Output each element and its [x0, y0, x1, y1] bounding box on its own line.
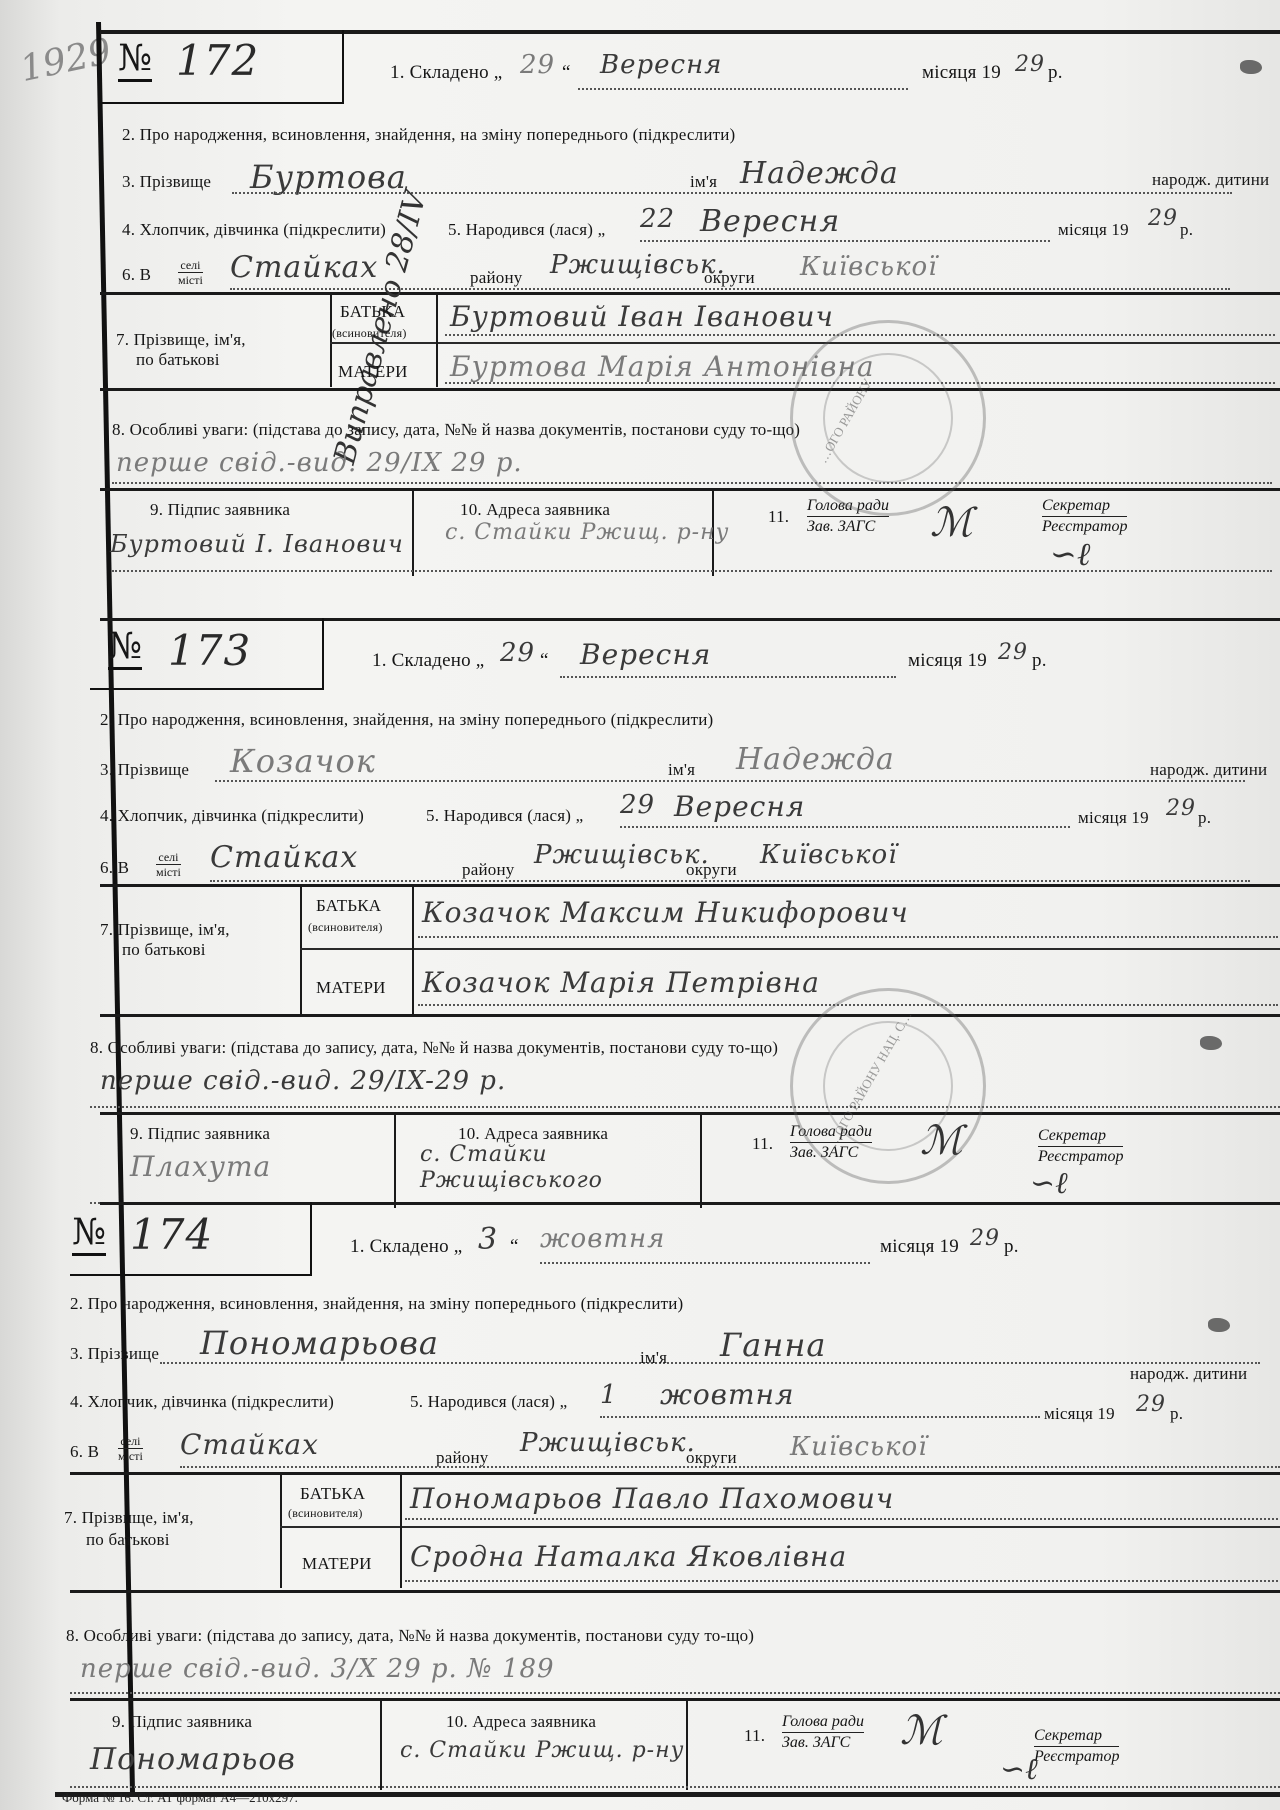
- region-value: Київської: [760, 840, 898, 870]
- region-value: Київської: [800, 252, 938, 282]
- birth-year: 29: [1136, 1392, 1166, 1417]
- compiled-year: 29: [970, 1226, 1000, 1251]
- surname-value: Козачок: [230, 742, 376, 780]
- notes-label: 8. Особливі уваги: (підстава до запису, …: [66, 1626, 754, 1646]
- given-name-value: Ганна: [720, 1326, 827, 1364]
- birth-day: 29: [620, 790, 655, 820]
- father-name: Козачок Максим Никифорович: [422, 896, 909, 929]
- notes-value: перше свід.-вид. 3/X 29 р. № 189: [80, 1654, 555, 1684]
- official-stamp: …ОГО РАЙОНУ: [790, 320, 986, 516]
- record-number: 174: [130, 1210, 213, 1259]
- notes-label: 8. Особливі уваги: (підстава до запису, …: [90, 1038, 778, 1058]
- number-sign: №: [72, 1212, 106, 1253]
- record-173: № 173 1. Складено „ 29 “ Вересня місяця …: [100, 618, 1280, 1208]
- head-signature: ℳ: [900, 1708, 943, 1754]
- birth-year: 29: [1166, 796, 1196, 821]
- settlement-value: Стайках: [210, 840, 358, 875]
- region-value: Київської: [790, 1432, 928, 1462]
- applicant-signature-value: Пономарьов: [90, 1742, 296, 1777]
- paper-damage: [1200, 1036, 1222, 1050]
- compiled-day: 3: [478, 1222, 498, 1257]
- notes-value: перше свід.-вид. 29/IX 29 р.: [116, 448, 523, 478]
- compiled-day: 29: [500, 638, 535, 668]
- compiled-month: Вересня: [580, 638, 711, 671]
- secretary-signature: ∽ℓ: [1050, 535, 1090, 573]
- applicant-signature-value: Буртовий І. Іванович: [110, 530, 404, 558]
- birth-month: Вересня: [674, 790, 805, 823]
- official-stamp: …ОГО РАЙОНУ НАЦ. С…: [790, 988, 986, 1184]
- surname-value: Пономарьова: [200, 1324, 439, 1362]
- birth-month: Вересня: [700, 204, 840, 239]
- mother-name: Сродна Наталка Яковлівна: [410, 1540, 847, 1573]
- settlement-value: Стайках: [230, 250, 378, 285]
- father-name: Пономарьов Павло Пахомович: [410, 1482, 894, 1515]
- compiled-label: 1. Складено „: [390, 62, 502, 84]
- compiled-year: 29: [1015, 52, 1045, 77]
- paper-damage: [1240, 60, 1262, 74]
- notes-label: 8. Особливі уваги: (підстава до запису, …: [112, 420, 800, 440]
- birth-year: 29: [1148, 206, 1178, 231]
- applicant-address-value: с. Стайки Ржищівського: [420, 1142, 680, 1194]
- secretary-signature: ∽ℓ: [1000, 1752, 1038, 1787]
- given-name-value: Надежда: [740, 156, 899, 191]
- mother-name: Козачок Марія Петрівна: [422, 966, 820, 999]
- number-sign: №: [108, 626, 142, 667]
- surname-value: Буртова: [250, 158, 407, 196]
- record-type-label: 2. Про народження, всиновлення, знайденн…: [122, 125, 735, 145]
- settlement-value: Стайках: [180, 1428, 319, 1461]
- district-value: Ржищівськ.: [520, 1428, 696, 1458]
- compiled-day: 29: [520, 50, 555, 80]
- paper-damage: [1208, 1318, 1230, 1332]
- compiled-month: жовтня: [540, 1224, 665, 1254]
- birth-day: 1: [600, 1380, 618, 1410]
- compiled-month: Вересня: [600, 50, 722, 80]
- applicant-address-value: с. Стайки Ржищ. р-ну: [400, 1738, 684, 1763]
- record-number: 172: [176, 36, 259, 85]
- applicant-address-value: с. Стайки Ржищ. р-ну: [445, 520, 729, 545]
- record-174: № 174 1. Складено „ 3 “ жовтня місяця 19…: [100, 1202, 1280, 1792]
- record-number: 173: [168, 626, 251, 675]
- birth-month: жовтня: [660, 1378, 795, 1411]
- district-value: Ржищівськ.: [550, 250, 726, 280]
- compiled-year: 29: [998, 640, 1028, 665]
- district-value: Ржищівськ.: [534, 840, 710, 870]
- document-page: 1929 № 172 1. Складено „ 29 “ Вересня мі…: [0, 0, 1280, 1810]
- form-footer: Форма № 16. Ст. АТ формат А4—210х297.: [62, 1790, 298, 1806]
- notes-value: перше свід.-вид. 29/IX-29 р.: [100, 1066, 506, 1096]
- record-172: № 172 1. Складено „ 29 “ Вересня місяця …: [100, 30, 1280, 622]
- number-sign: №: [118, 38, 152, 79]
- record-type-label: 2. Про народження, всиновлення, знайденн…: [70, 1294, 683, 1314]
- head-signature: ℳ: [930, 500, 973, 546]
- given-name-value: Надежда: [736, 742, 895, 777]
- secretary-signature: ∽ℓ: [1030, 1166, 1068, 1201]
- applicant-signature-value: Плахута: [130, 1150, 271, 1183]
- father-name: Буртовий Іван Іванович: [450, 300, 834, 333]
- birth-day: 22: [640, 204, 675, 234]
- record-type-label: 2. Про народження, всиновлення, знайденн…: [100, 710, 713, 730]
